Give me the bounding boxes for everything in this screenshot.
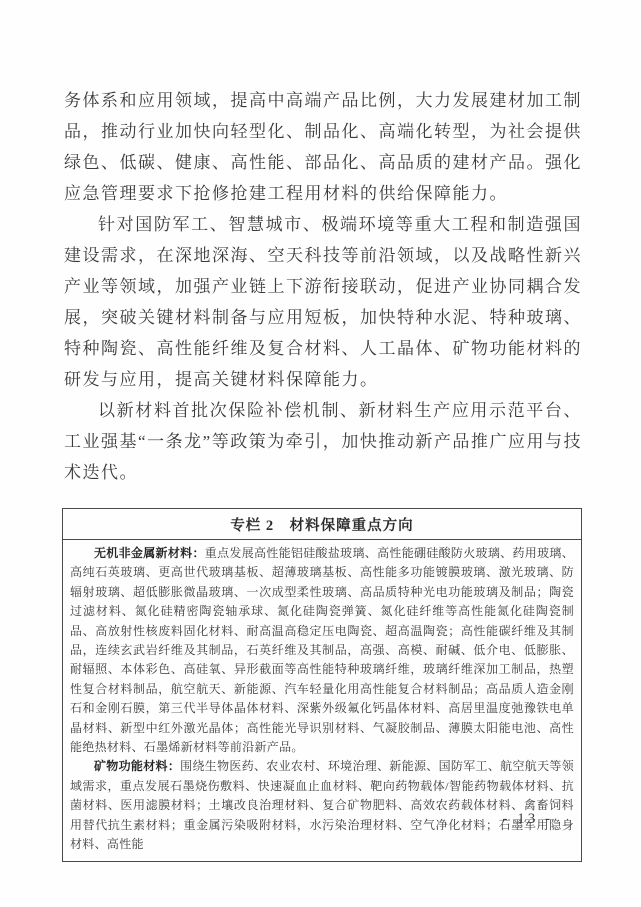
page-number: - 13 - (0, 811, 553, 828)
box-section-mineral-label: 矿物功能材料： (94, 759, 180, 773)
box-section-inorganic-nonmetal: 无机非金属新材料：重点发展高性能铝硅酸盐玻璃、高性能硼硅酸防火玻璃、药用玻璃、高… (70, 544, 574, 757)
box-section-inorganic-text: 重点发展高性能铝硅酸盐玻璃、高性能硼硅酸防火玻璃、药用玻璃、高纯石英玻璃、更高世… (70, 546, 574, 754)
box-section-mineral-functional: 矿物功能材料：围绕生物医药、农业农村、环境治理、新能源、国防军工、航空航天等领域… (70, 757, 574, 854)
column-2-box: 专栏 2 材料保障重点方向 无机非金属新材料：重点发展高性能铝硅酸盐玻璃、高性能… (62, 508, 582, 862)
body-text-block: 务体系和应用领域，提高中高端产品比例，大力发展建材加工制品，推动行业加快向轻型化… (64, 85, 582, 488)
paragraph-key-projects: 针对国防军工、智慧城市、极端环境等重大工程和制造强国建设需求，在深地深海、空天科… (64, 209, 582, 395)
paragraph-continuation: 务体系和应用领域，提高中高端产品比例，大力发展建材加工制品，推动行业加快向轻型化… (64, 85, 582, 209)
box-section-inorganic-label: 无机非金属新材料： (94, 546, 205, 560)
column-box-title: 专栏 2 材料保障重点方向 (63, 509, 581, 540)
document-page: 务体系和应用领域，提高中高端产品比例，大力发展建材加工制品，推动行业加快向轻型化… (0, 0, 641, 907)
paragraph-policy: 以新材料首批次保险补偿机制、新材料生产应用示范平台、工业强基“一条龙”等政策为牵… (64, 395, 582, 488)
